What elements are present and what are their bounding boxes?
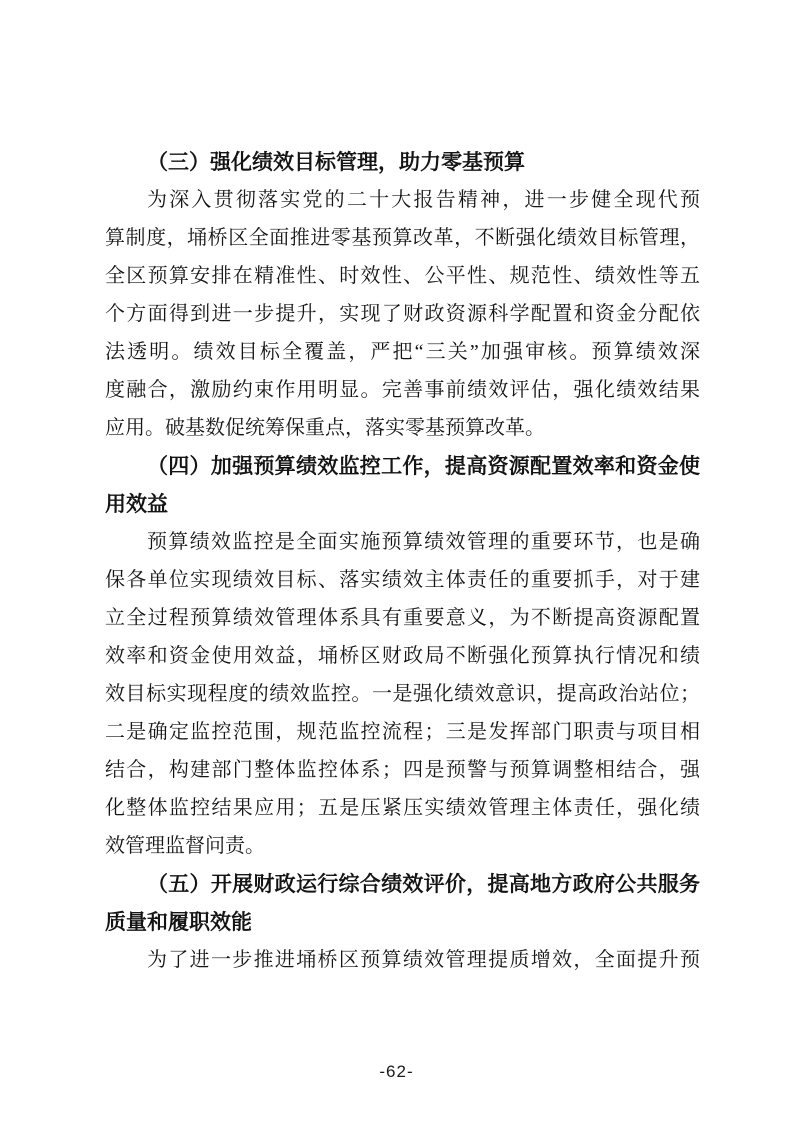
paragraph-line: 全区预算安排在精准性、时效性、公平性、规范性、绩效性等五 (105, 257, 700, 295)
paragraph-line: 保各单位实现绩效目标、落实绩效主体责任的重要抓手，对于建 (105, 561, 700, 599)
section-5-heading-line: （五）开展财政运行综合绩效评价，提高地方政府公共服务 (105, 865, 700, 903)
section-3-heading-line: （三）强化绩效目标管理，助力零基预算 (105, 143, 700, 181)
paragraph-line: 应用。破基数促统筹保重点，落实零基预算改革。 (105, 409, 700, 447)
paragraph-line: 为了进一步推进埇桥区预算绩效管理提质增效，全面提升预 (105, 941, 700, 979)
paragraph-line: 二是确定监控范围，规范监控流程；三是发挥部门职责与项目相 (105, 713, 700, 751)
paragraph-line: 立全过程预算绩效管理体系具有重要意义，为不断提高资源配置 (105, 599, 700, 637)
paragraph-line: 法透明。绩效目标全覆盖，严把“三关”加强审核。预算绩效深 (105, 333, 700, 371)
document-content: （三）强化绩效目标管理，助力零基预算 为深入贯彻落实党的二十大报告精神，进一步健… (105, 143, 700, 979)
paragraph-line: 为深入贯彻落实党的二十大报告精神，进一步健全现代预 (105, 181, 700, 219)
paragraph-line: 度融合，激励约束作用明显。完善事前绩效评估，强化绩效结果 (105, 371, 700, 409)
document-page: （三）强化绩效目标管理，助力零基预算 为深入贯彻落实党的二十大报告精神，进一步健… (0, 0, 793, 1122)
paragraph-line: 算制度，埇桥区全面推进零基预算改革，不断强化绩效目标管理， (105, 219, 700, 257)
section-5-heading-line: 质量和履职效能 (105, 903, 700, 941)
paragraph-line: 预算绩效监控是全面实施预算绩效管理的重要环节，也是确 (105, 523, 700, 561)
page-number: -62- (0, 1062, 793, 1082)
paragraph-line: 效管理监督问责。 (105, 827, 700, 865)
paragraph-line: 结合，构建部门整体监控体系；四是预警与预算调整相结合，强 (105, 751, 700, 789)
paragraph-line: 效率和资金使用效益，埇桥区财政局不断强化预算执行情况和绩 (105, 637, 700, 675)
paragraph-line: 个方面得到进一步提升，实现了财政资源科学配置和资金分配依 (105, 295, 700, 333)
paragraph-line: 效目标实现程度的绩效监控。一是强化绩效意识，提高政治站位； (105, 675, 700, 713)
section-4-heading-line: （四）加强预算绩效监控工作，提高资源配置效率和资金使 (105, 447, 700, 485)
paragraph-line: 化整体监控结果应用；五是压紧压实绩效管理主体责任，强化绩 (105, 789, 700, 827)
section-4-heading-line: 用效益 (105, 485, 700, 523)
